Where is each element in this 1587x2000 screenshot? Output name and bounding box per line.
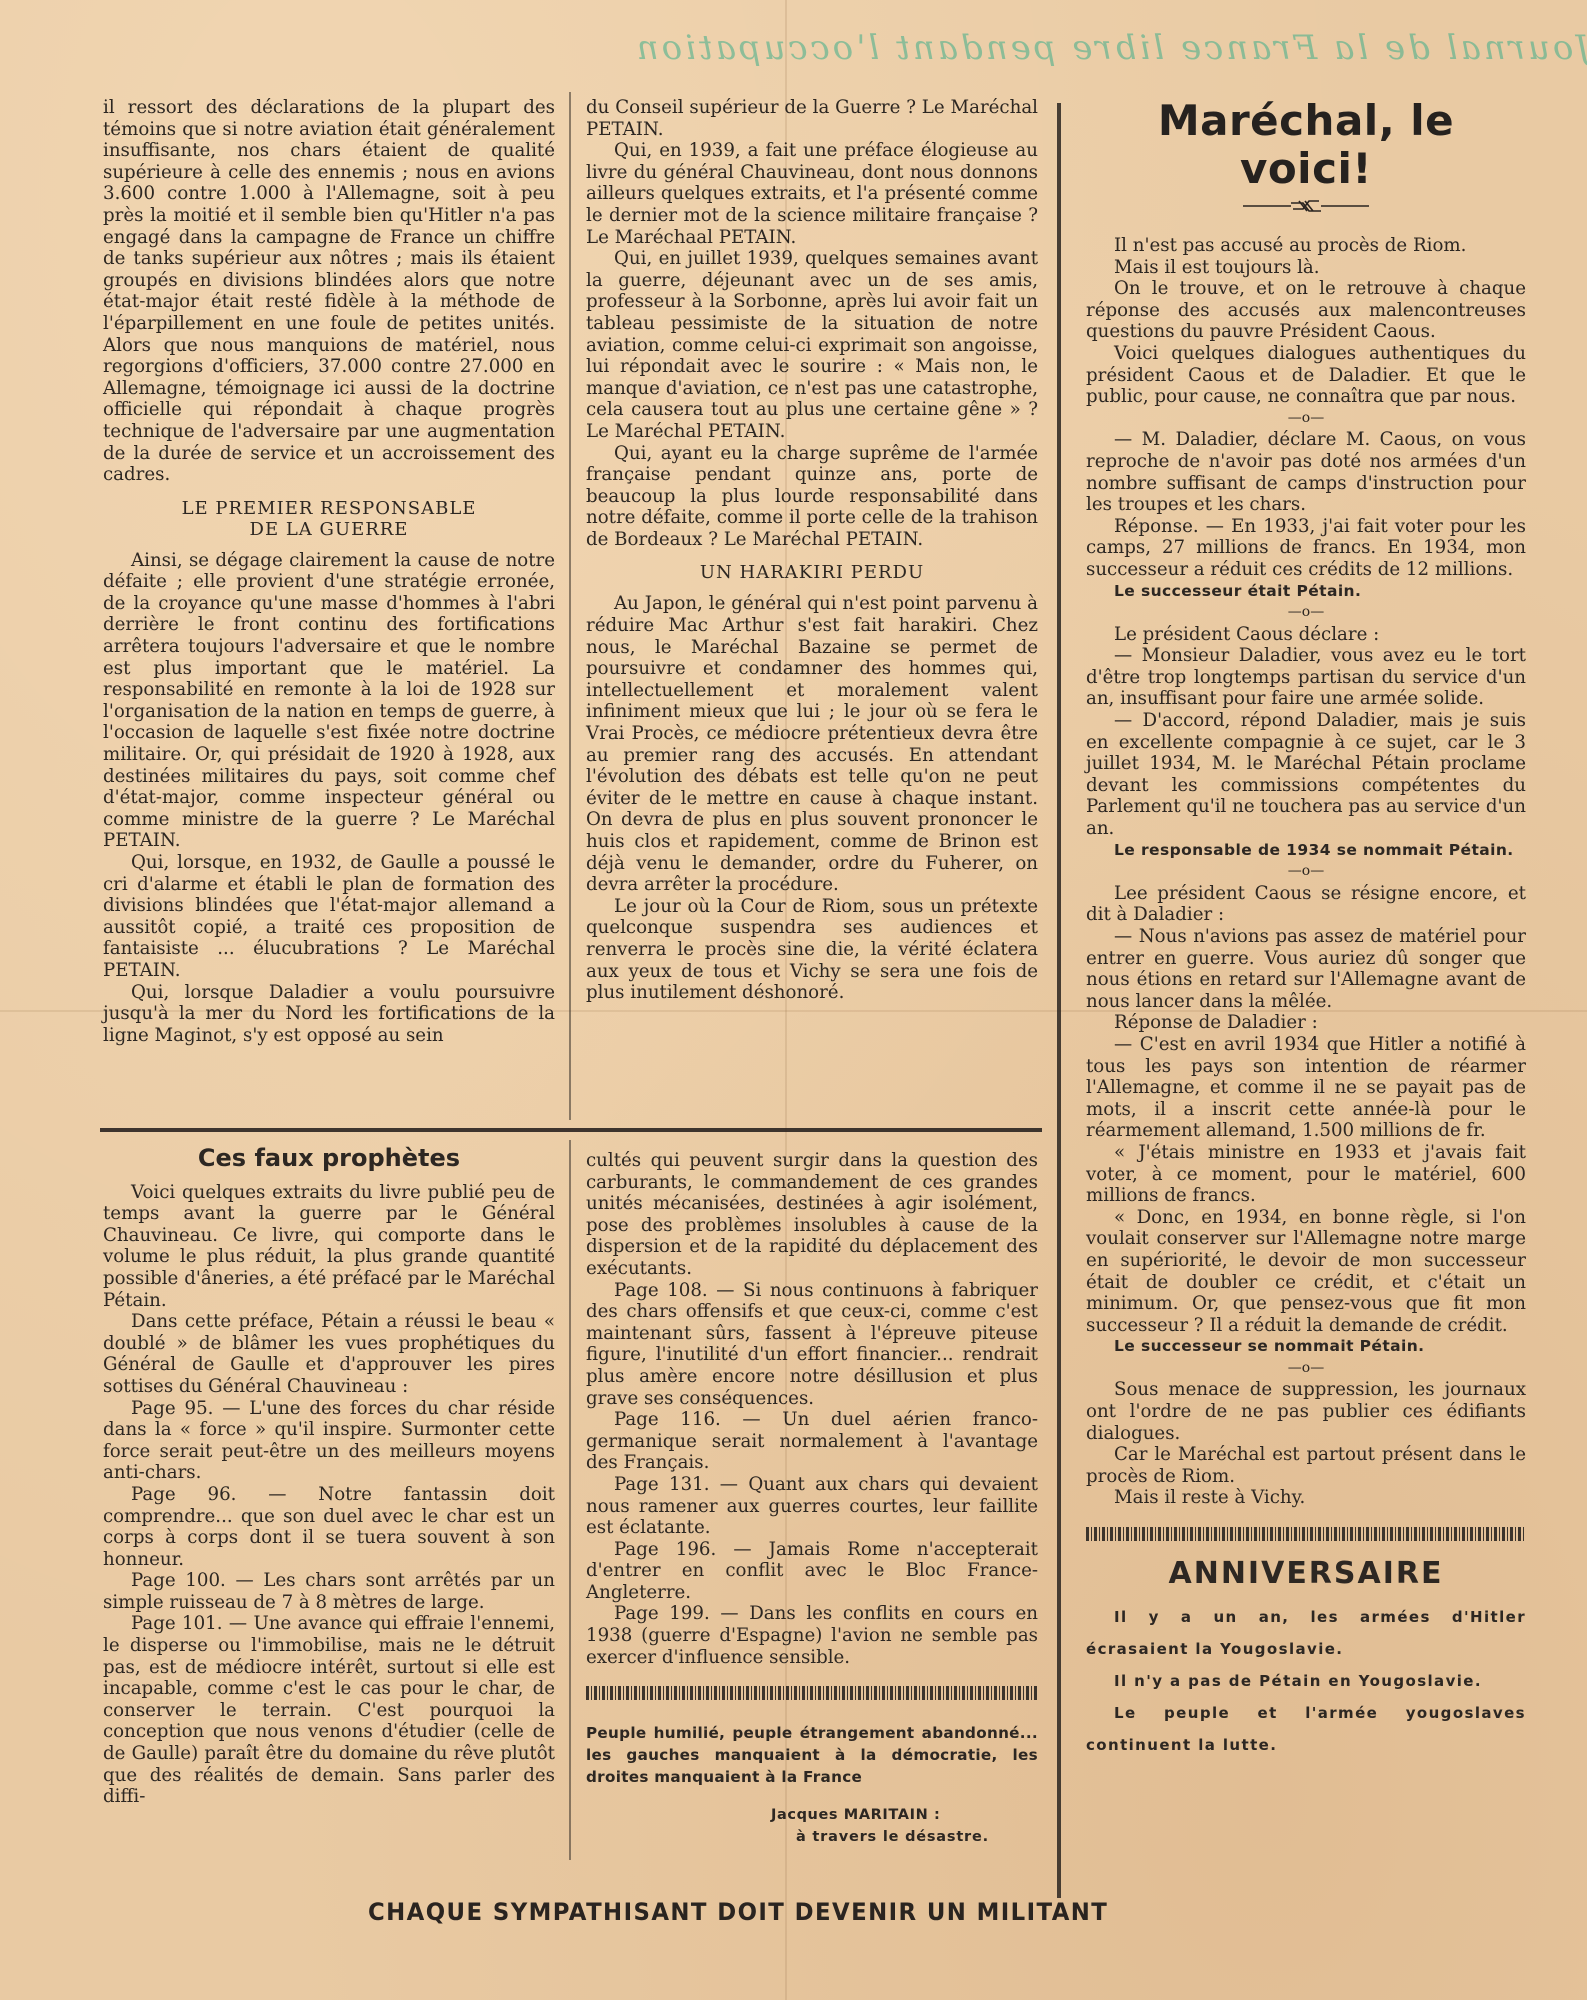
paragraph: Qui, en juillet 1939, quelques semaines … [586,248,1038,442]
paragraph: Voici quelques dialogues authentiques du… [1086,343,1526,408]
separator: —o— [1086,1358,1526,1380]
anniversary-line: Il y a un an, les armées d'Hitler écrasa… [1086,1601,1526,1665]
paragraph: Qui, en 1939, a fait une préface élogieu… [586,140,1038,248]
paragraph: « Donc, en 1934, en bonne règle, si l'on… [1086,1207,1526,1337]
separator: —o— [1086,861,1526,883]
article-title: Ces faux prophètes [103,1148,555,1170]
column-rule-heavy [1057,103,1061,1898]
paragraph: Le jour où la Cour de Riom, sous un prét… [586,896,1038,1004]
paragraph: Lee président Caous se résigne encore, e… [1086,883,1526,926]
paragraph: — C'est en avril 1934 que Hitler a notif… [1086,1034,1526,1142]
paragraph: — Monsieur Daladier, vous avez eu le tor… [1086,645,1526,710]
paragraph: Dans cette préface, Pétain a réussi le b… [103,1311,555,1397]
paragraph: Qui, ayant eu la charge suprême de l'arm… [586,443,1038,551]
paragraph: Page 116. — Un duel aérien franco-german… [586,1409,1038,1474]
paragraph: Sous menace de suppression, les journaux… [1086,1379,1526,1444]
paragraph: Qui, lorsque Daladier a voulu poursuivre… [103,982,555,1047]
separator: —o— [1086,408,1526,430]
paragraph: Page 131. — Quant aux chars qui devaient… [586,1474,1038,1539]
paragraph: — D'accord, répond Daladier, mais je sui… [1086,710,1526,840]
paragraph: Voici quelques extraits du livre publié … [103,1182,555,1312]
section-rule [100,1128,1042,1132]
verdict-line: Le successeur se nommait Pétain. [1086,1336,1526,1358]
paragraph: Page 101. — Une avance qui effraie l'enn… [103,1613,555,1807]
article-column-2: du Conseil supérieur de la Guerre ? Le M… [586,97,1038,1004]
paragraph: Mais il reste à Vichy. [1086,1487,1526,1509]
article-column-4: Ces faux prophètes Voici quelques extrai… [103,1148,555,1808]
paragraph: — M. Daladier, déclare M. Caous, on vous… [1086,429,1526,515]
paragraph: Page 95. — L'une des forces du char rési… [103,1398,555,1484]
decorative-rule [586,1686,1038,1700]
anniversary-box: Il y a un an, les armées d'Hitler écrasa… [1086,1601,1526,1761]
paragraph: Ainsi, se dégage clairement la cause de … [103,550,555,852]
paragraph: Le président Caous déclare : [1086,624,1526,646]
article-column-3: Maréchal, le voici! Il n'est pas accusé … [1086,95,1526,1761]
paragraph: Page 199. — Dans les conflits en cours e… [586,1603,1038,1668]
paragraph: Page 96. — Notre fantassin doit comprend… [103,1484,555,1570]
paragraph: Page 108. — Si nous continuons à fabriqu… [586,1280,1038,1410]
verdict-line: Le responsable de 1934 se nommait Pétain… [1086,840,1526,862]
paragraph: cultés qui peuvent surgir dans la questi… [586,1150,1038,1280]
paragraph: Réponse de Daladier : [1086,1012,1526,1034]
column-rule [569,1140,571,1860]
subheading-line: LE PREMIER RESPONSABLE [103,498,555,519]
subheading: LE PREMIER RESPONSABLE DE LA GUERRE [103,498,555,540]
quote-source: à travers le désastre. [796,1826,1038,1848]
quote-author: Jacques MARITAIN : [771,1804,1038,1826]
decorative-rule [1086,1527,1526,1541]
article-column-5: cultés qui peuvent surgir dans la questi… [586,1150,1038,1848]
paragraph: Au Japon, le général qui n'est point par… [586,593,1038,895]
paragraph: Car le Maréchal est partout présent dans… [1086,1444,1526,1487]
paragraph: Mais il est toujours là. [1086,257,1526,279]
footer-slogan: CHAQUE SYMPATHISANT DOIT DEVENIR UN MILI… [368,1898,1223,1926]
column-rule [569,92,571,1120]
paragraph: Réponse. — En 1933, j'ai fait voter pour… [1086,516,1526,581]
ink-bleed-through: Journal de la France libre pendant l'occ… [340,28,1587,78]
maritain-quote: Peuple humilié, peuple étrangement aband… [586,1722,1038,1788]
article-column-1: il ressort des déclarations de la plupar… [103,97,555,1046]
paragraph: Il n'est pas accusé au procès de Riom. [1086,235,1526,257]
paragraph: Page 100. — Les chars sont arrêtés par u… [103,1570,555,1613]
paragraph: du Conseil supérieur de la Guerre ? Le M… [586,97,1038,140]
paragraph: Page 196. — Jamais Rome n'accepterait d'… [586,1539,1038,1604]
anniversary-line: Il n'y a pas de Pétain en Yougoslavie. [1086,1665,1526,1697]
subheading-line: DE LA GUERRE [103,519,555,540]
paragraph: il ressort des déclarations de la plupar… [103,97,555,486]
paragraph: On le trouve, et on le retrouve à chaque… [1086,278,1526,343]
paragraph: « J'étais ministre en 1933 et j'avais fa… [1086,1142,1526,1207]
article-title: Maréchal, le voici! [1086,97,1526,193]
paragraph: Qui, lorsque, en 1932, de Gaulle a pouss… [103,852,555,982]
anniversary-line: Le peuple et l'armée yougoslaves continu… [1086,1697,1526,1761]
subheading: UN HARAKIRI PERDU [586,562,1038,583]
flourish-ornament-icon [1241,199,1371,213]
separator: —o— [1086,602,1526,624]
paragraph: — Nous n'avions pas assez de matériel po… [1086,926,1526,1012]
anniversary-title: ANNIVERSAIRE [1086,1563,1526,1585]
verdict-line: Le successeur était Pétain. [1086,581,1526,603]
